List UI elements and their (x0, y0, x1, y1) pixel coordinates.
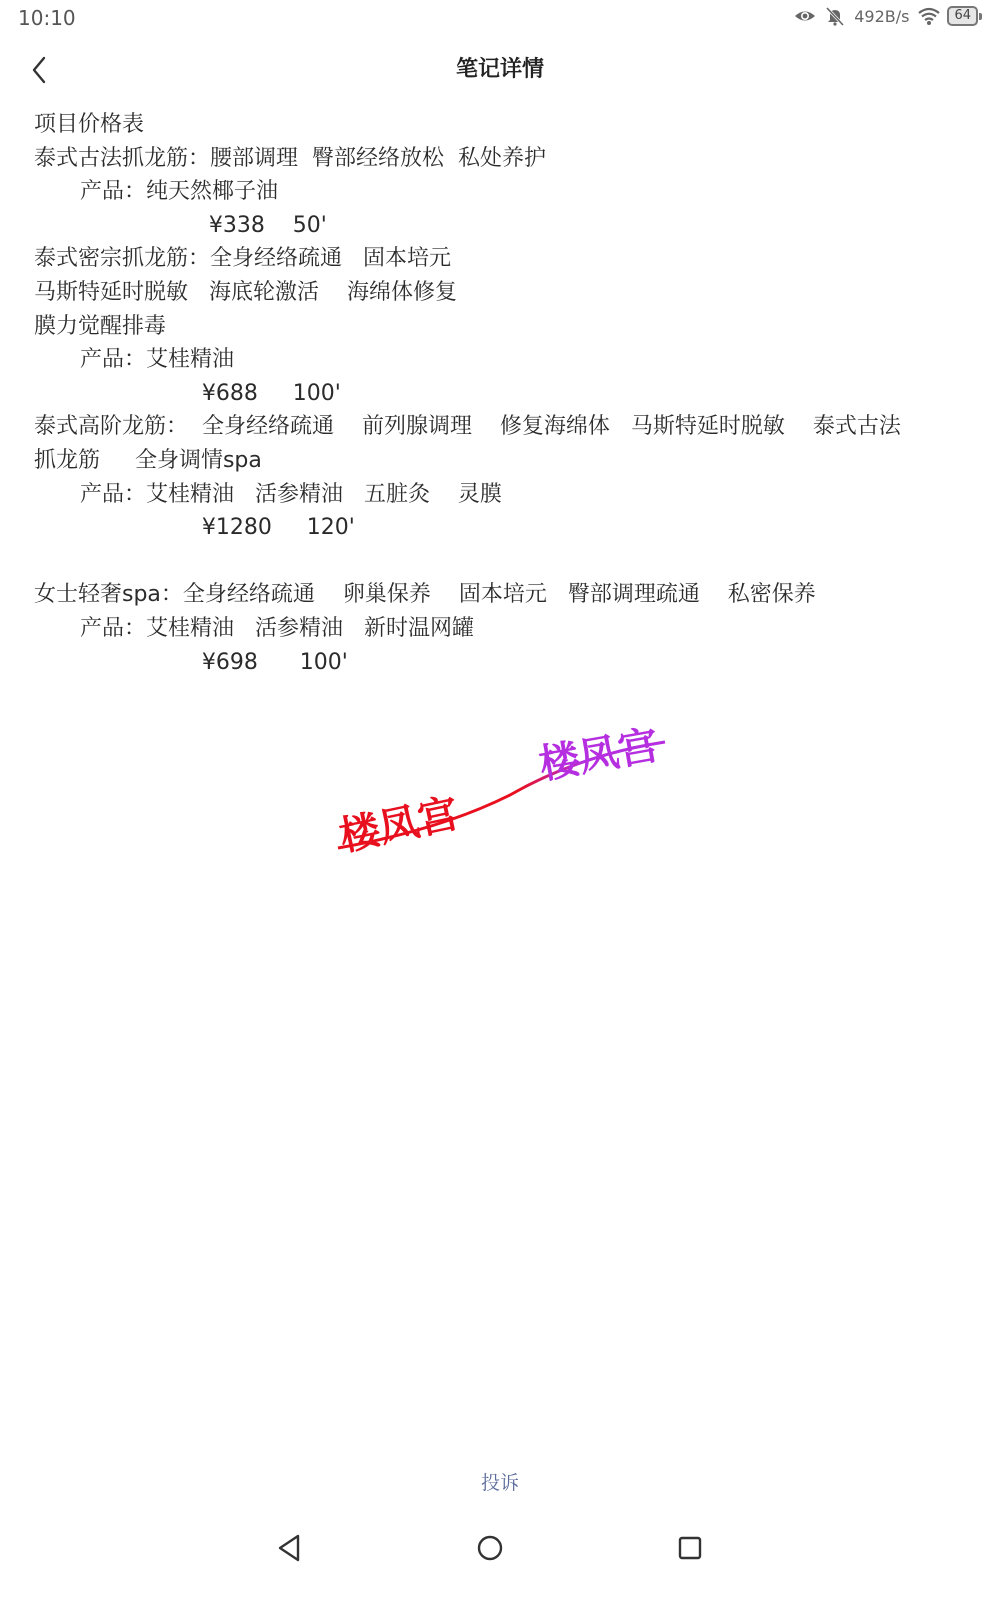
circle-home-icon (470, 1528, 510, 1568)
note-line-price: ¥338 50' (34, 209, 964, 243)
note-line-price: ¥1280 120' (34, 511, 964, 545)
battery-icon: 64 (947, 6, 982, 26)
status-bar: 10:10 492B/s 64 (0, 0, 1000, 36)
status-time: 10:10 (18, 6, 76, 30)
bell-muted-icon (824, 6, 846, 26)
note-line: 泰式密宗抓龙筋：全身经络疏通 固本培元 (34, 242, 964, 276)
battery-level: 64 (947, 6, 978, 26)
note-line-product: 产品：艾桂精油 活参精油 五脏灸 灵膜 (34, 478, 964, 512)
brand-logo-image: 楼凤宫 楼凤宫 (320, 690, 680, 860)
wifi-icon (917, 6, 939, 26)
network-speed: 492B/s (854, 7, 909, 26)
note-line: 膜力觉醒排毒 (34, 310, 964, 344)
note-line-price: ¥698 100' (34, 646, 964, 680)
triangle-back-icon (270, 1528, 310, 1568)
eye-icon (794, 6, 816, 26)
note-line: 马斯特延时脱敏 海底轮激活 海绵体修复 (34, 276, 964, 310)
note-line-price: ¥688 100' (34, 377, 964, 411)
logo-text-left: 楼凤宫 (336, 790, 463, 860)
note-line: 抓龙筋 全身调情spa (34, 444, 964, 478)
note-line: 女士轻奢spa：全身经络疏通 卵巢保养 固本培元 臀部调理疏通 私密保养 (34, 578, 964, 612)
header: 笔记详情 (0, 42, 1000, 98)
nav-recents-button[interactable] (670, 1528, 710, 1568)
nav-home-button[interactable] (470, 1528, 510, 1568)
note-content: 项目价格表 泰式古法抓龙筋：腰部调理 臀部经络放松 私处养护 产品：纯天然椰子油… (34, 108, 964, 679)
page-title: 笔记详情 (0, 52, 1000, 83)
note-line-product: 产品：纯天然椰子油 (34, 175, 964, 209)
square-recents-icon (670, 1528, 710, 1568)
note-line-product: 产品：艾桂精油 (34, 343, 964, 377)
status-icons: 492B/s 64 (794, 6, 982, 26)
logo-text-right: 楼凤宫 (536, 722, 662, 788)
complain-link[interactable]: 投诉 (0, 1468, 1000, 1495)
note-line-blank (34, 545, 964, 579)
nav-back-button[interactable] (270, 1528, 310, 1568)
note-line: 项目价格表 (34, 108, 964, 142)
note-line-product: 产品：艾桂精油 活参精油 新时温网罐 (34, 612, 964, 646)
note-line: 泰式高阶龙筋： 全身经络疏通 前列腺调理 修复海绵体 马斯特延时脱敏 泰式古法 (34, 410, 964, 444)
system-navigation-bar (0, 1510, 1000, 1600)
note-line: 泰式古法抓龙筋：腰部调理 臀部经络放松 私处养护 (34, 142, 964, 176)
battery-tip (979, 13, 982, 20)
